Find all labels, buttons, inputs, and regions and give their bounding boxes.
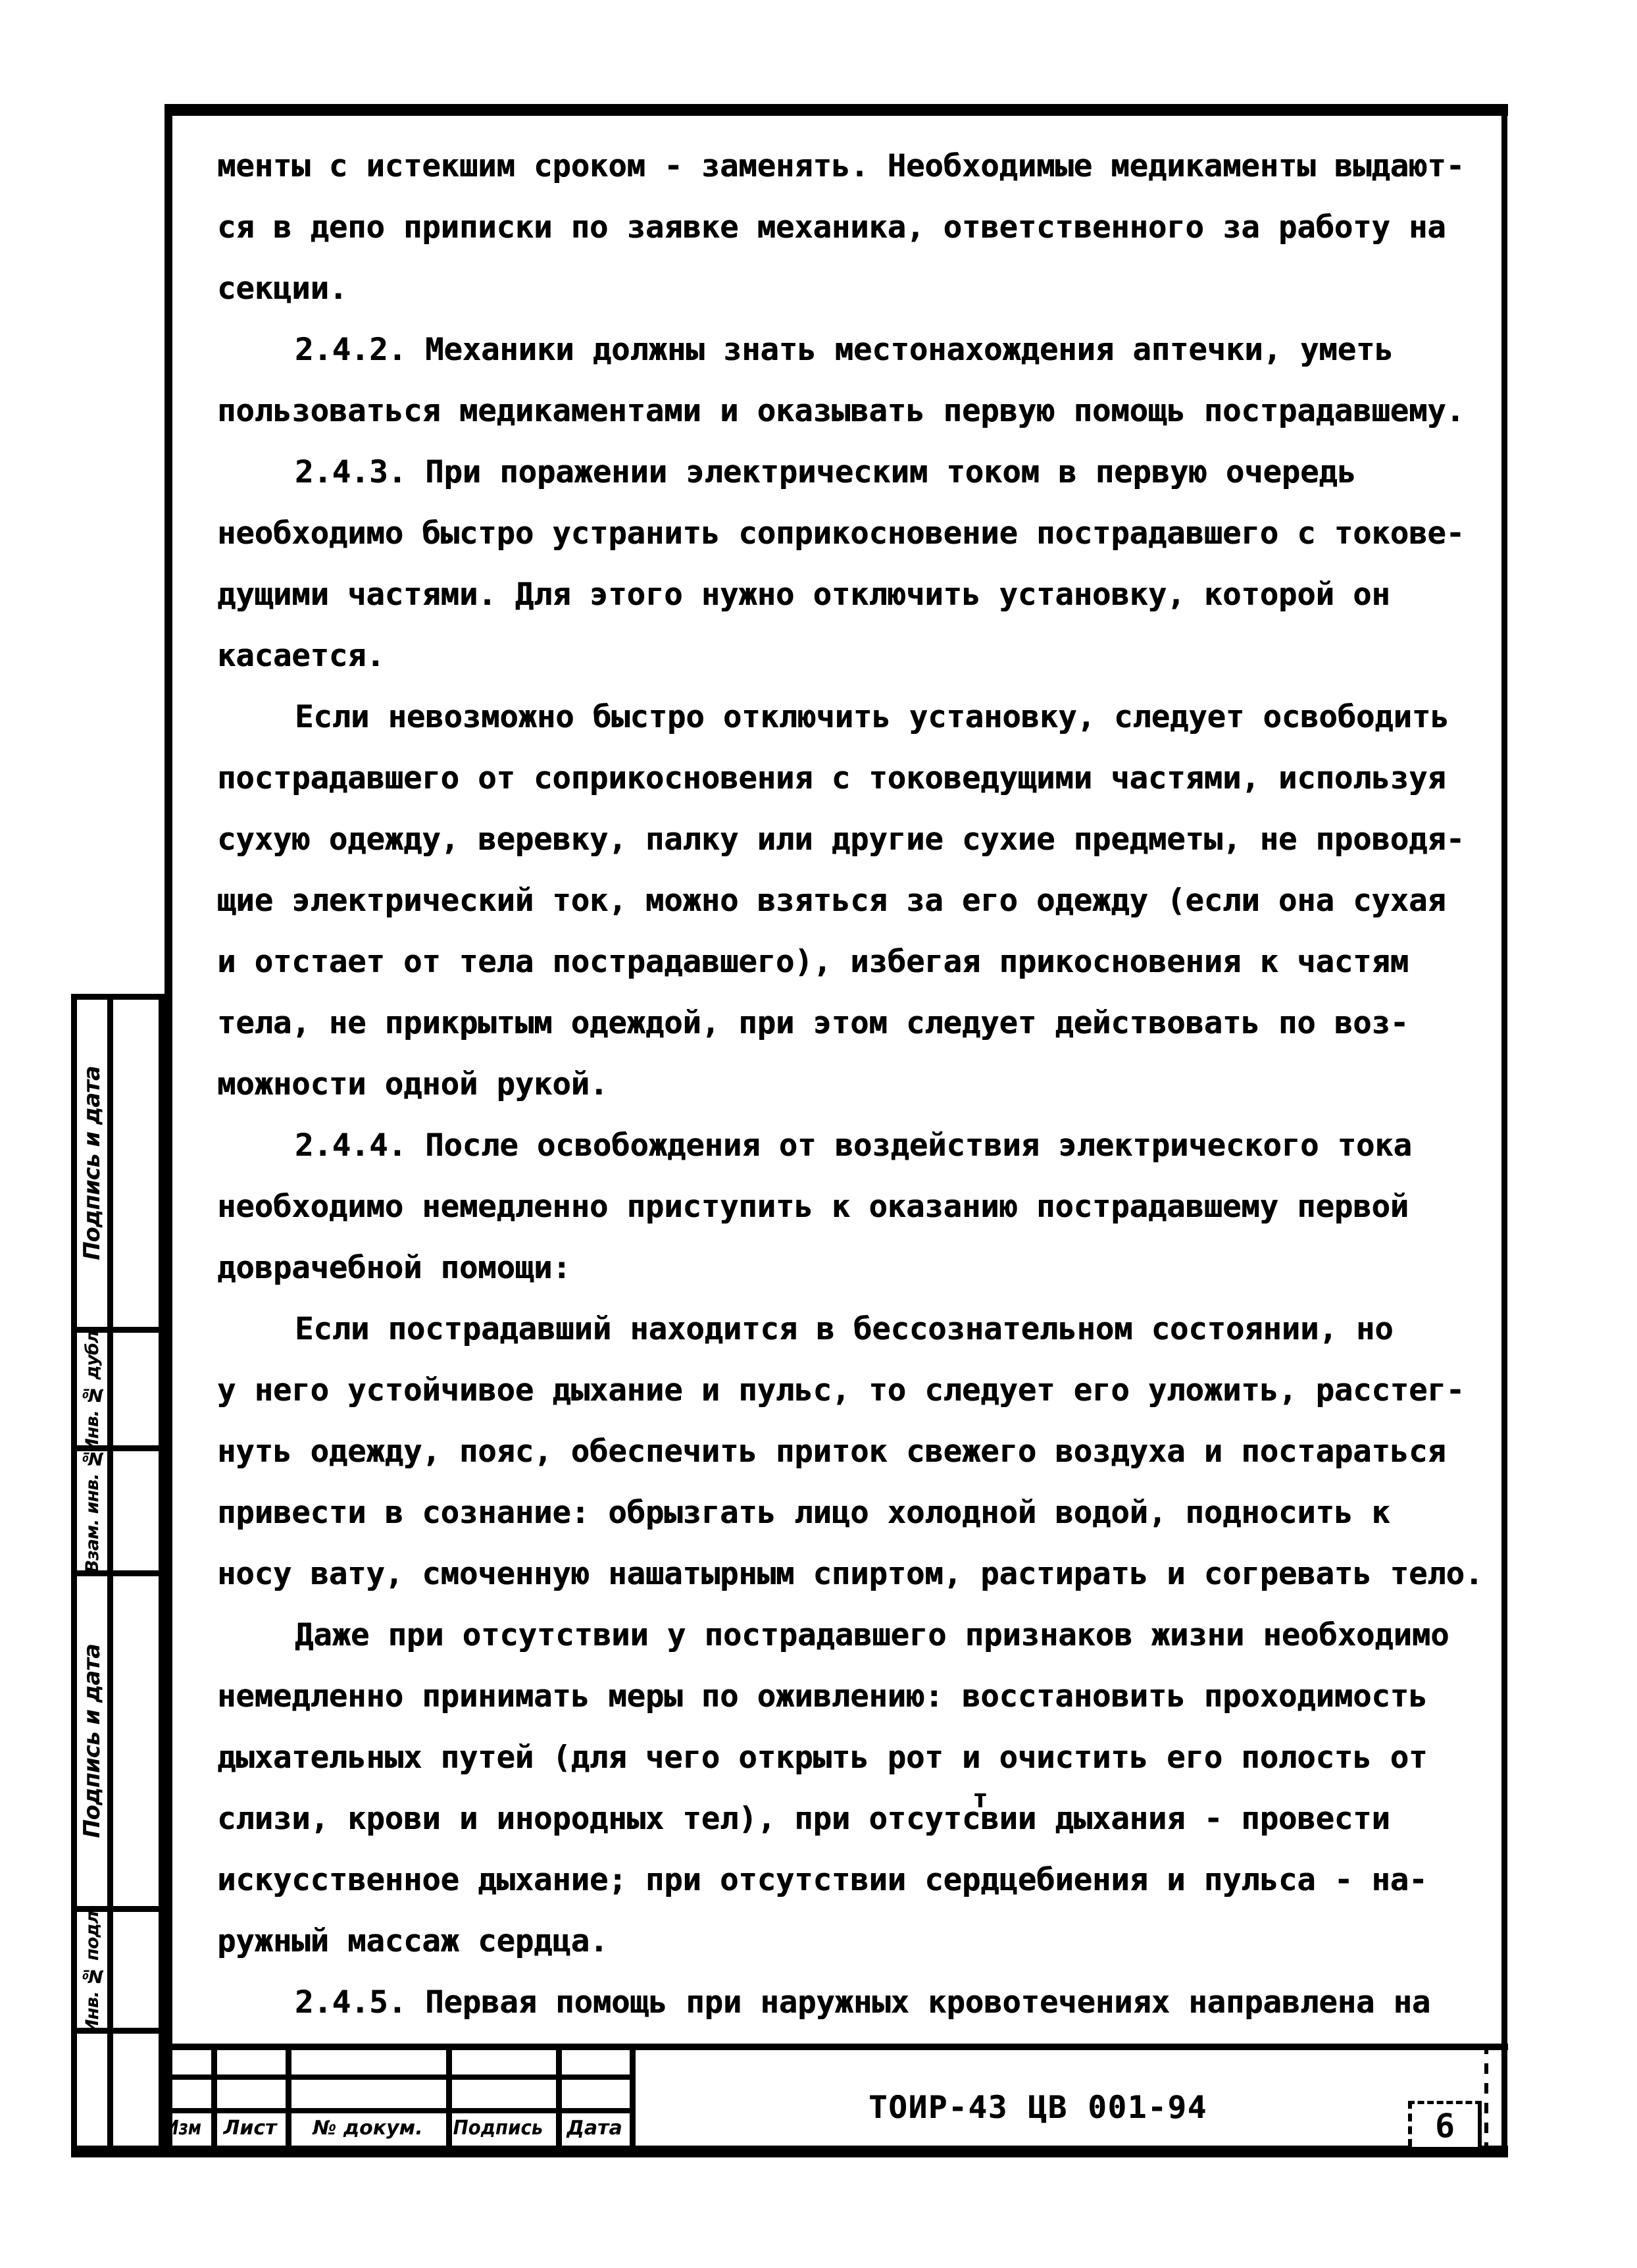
text-line: ружный массаж сердца. bbox=[217, 1911, 1505, 1972]
text-line: нуть одежду, пояс, обеспечить приток све… bbox=[217, 1421, 1505, 1482]
sidebar-frame-column: Подпись и дата Инв. № дубл. Взам. инв. №… bbox=[71, 994, 164, 2153]
page-number: 6 bbox=[1435, 2107, 1455, 2145]
stamp-grid-line bbox=[630, 2044, 636, 2151]
text-line: слизи, крови и инородных тел), при отсут… bbox=[217, 1788, 1505, 1849]
text-line: щие электрический ток, можно взяться за … bbox=[217, 870, 1505, 931]
sidebar-cell: Подпись и дата bbox=[77, 1576, 159, 1912]
text-line: привести в сознание: обрызгать лицо холо… bbox=[217, 1482, 1505, 1543]
text-line: тела, не прикрытым одеждой, при этом сле… bbox=[217, 992, 1505, 1054]
footer-dashed-separator bbox=[1484, 2044, 1488, 2147]
sidebar-empty-cell bbox=[113, 1333, 159, 1445]
sidebar-label-vzam-inv: Взам. инв. № bbox=[82, 1451, 103, 1570]
stamp-column-data: Дата bbox=[559, 2111, 630, 2146]
text-line: Даже при отсутствии у пострадавшего приз… bbox=[217, 1605, 1505, 1666]
text-line: необходимо быстро устранить соприкоснове… bbox=[217, 503, 1505, 564]
sidebar-cell: Инв. № подл. bbox=[77, 1912, 159, 2034]
text-line: секции. bbox=[217, 258, 1505, 319]
document-text: менты с истекшим сроком - заменять. Необ… bbox=[217, 136, 1505, 2033]
text-line: и отстает от тела пострадавшего), избега… bbox=[217, 931, 1505, 992]
text-line: немедленно принимать меры по оживлению: … bbox=[217, 1666, 1505, 1727]
sidebar-cell: Инв. № дубл. bbox=[77, 1333, 159, 1451]
text-line: у него устойчивое дыхание и пульс, то сл… bbox=[217, 1360, 1505, 1421]
document-number: ТОИР-43 ЦВ 001-94 bbox=[869, 2075, 1211, 2140]
sidebar-label-cell: Подпись и дата bbox=[77, 1000, 113, 1327]
sidebar-empty-cell bbox=[113, 1451, 159, 1570]
text-line: ся в депо приписки по заявке механика, о… bbox=[217, 197, 1505, 258]
stamp-column-list: Лист bbox=[214, 2111, 286, 2146]
stamp-column-podpis: Подпись bbox=[449, 2111, 547, 2146]
text-line: менты с истекшим сроком - заменять. Необ… bbox=[217, 136, 1505, 197]
page-number-box: 6 bbox=[1408, 2101, 1482, 2147]
sidebar-label-cell bbox=[77, 2034, 113, 2148]
stamp-grid-line bbox=[161, 2075, 635, 2080]
stamp-column-n-dokum: № докум. bbox=[290, 2111, 446, 2146]
sidebar-cell-stub bbox=[77, 2034, 159, 2148]
footer-top-line bbox=[164, 2044, 1508, 2050]
text-line: касается. bbox=[217, 625, 1505, 686]
sidebar-empty-cell bbox=[113, 1576, 159, 1906]
text-line: пользоваться медикаментами и оказывать п… bbox=[217, 380, 1505, 442]
text-line: 2.4.4. После освобождения от воздействия… bbox=[217, 1115, 1505, 1176]
text-line: пострадавшего от соприкосновения с токов… bbox=[217, 748, 1505, 809]
frame-top-border bbox=[164, 104, 1508, 116]
sidebar-empty-cell bbox=[113, 1000, 159, 1327]
text-line: искусственное дыхание; при отсутствии се… bbox=[217, 1849, 1505, 1911]
sidebar-label-cell: Подпись и дата bbox=[77, 1576, 113, 1906]
sidebar-label-inv-podl: Инв. № подл. bbox=[82, 1912, 103, 2028]
scanned-document-page: менты с истекшим сроком - заменять. Необ… bbox=[0, 0, 1637, 2268]
text-line: носу вату, смоченную нашатырным спиртом,… bbox=[217, 1543, 1505, 1605]
text-line: дыхательных путей (для чего открыть рот … bbox=[217, 1727, 1505, 1788]
sidebar-label-cell: Взам. инв. № bbox=[77, 1451, 113, 1570]
sidebar-label-podpis-data-1: Подпись и дата bbox=[79, 1066, 105, 1260]
sidebar-label-cell: Инв. № дубл. bbox=[77, 1333, 113, 1445]
sidebar-cell: Подпись и дата bbox=[77, 1000, 159, 1333]
text-line: 2.4.5. Первая помощь при наружных кровот… bbox=[217, 1972, 1505, 2033]
text-line: 2.4.2. Механики должны знать местонахожд… bbox=[217, 319, 1505, 380]
sidebar-empty-cell bbox=[113, 2034, 159, 2148]
stamp-column-izm: Изм bbox=[164, 2111, 203, 2146]
sidebar-empty-cell bbox=[113, 1912, 159, 2028]
text-line: необходимо немедленно приступить к оказа… bbox=[217, 1176, 1505, 1237]
text-line: сухую одежду, веревку, палку или другие … bbox=[217, 809, 1505, 870]
text-line: дущими частями. Для этого нужно отключит… bbox=[217, 564, 1505, 625]
text-line: Если невозможно быстро отключить установ… bbox=[217, 686, 1505, 748]
text-line: Если пострадавший находится в бессознате… bbox=[217, 1299, 1505, 1360]
sidebar-label-podpis-data-2: Подпись и дата bbox=[79, 1644, 105, 1838]
sidebar-label-cell: Инв. № подл. bbox=[77, 1912, 113, 2028]
frame-left-border bbox=[164, 104, 172, 2156]
sidebar-label-inv-dubl: Инв. № дубл. bbox=[82, 1333, 103, 1445]
text-line: 2.4.3. При поражении электрическим током… bbox=[217, 442, 1505, 503]
sidebar-cell: Взам. инв. № bbox=[77, 1451, 159, 1576]
text-line: доврачебной помощи: bbox=[217, 1237, 1505, 1299]
text-line: можности одной рукой. bbox=[217, 1054, 1505, 1115]
